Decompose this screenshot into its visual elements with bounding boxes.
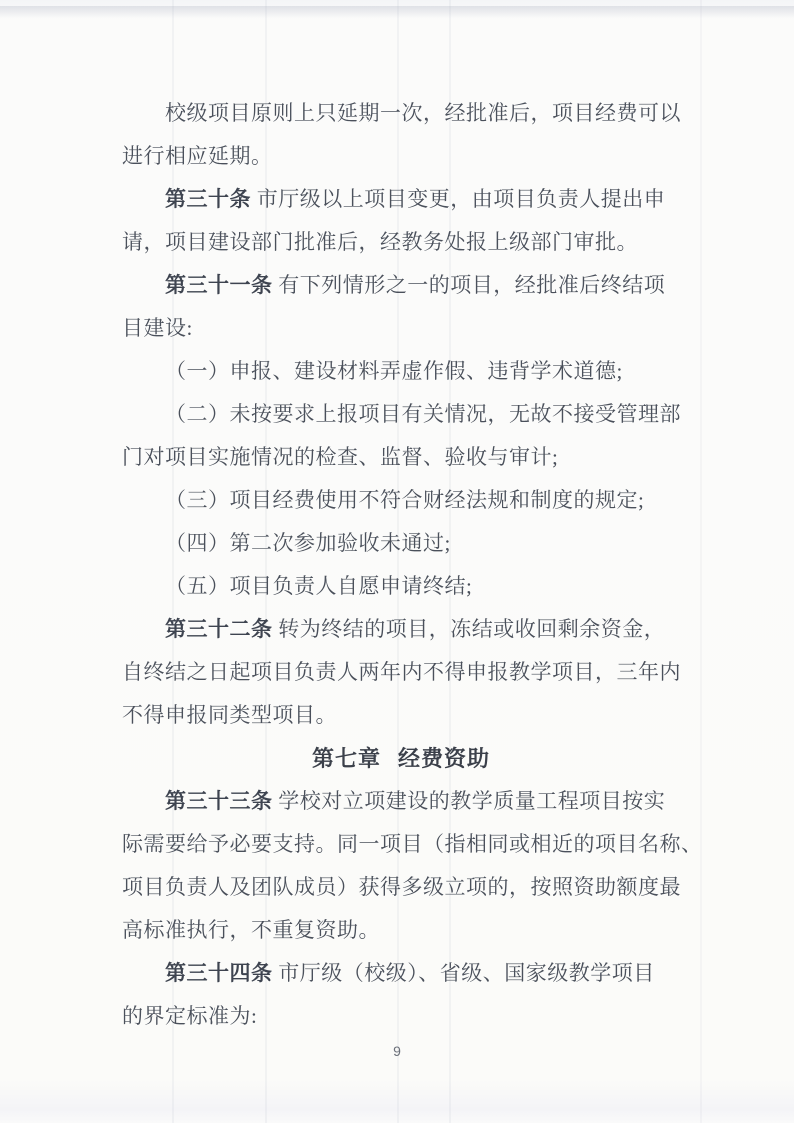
document-line: 目建设: xyxy=(122,307,680,350)
line-text: 自终结之日起项目负责人两年内不得申报教学项目，三年内 xyxy=(122,660,681,684)
line-text: 转为终结的项目，冻结或收回剩余资金， xyxy=(273,617,666,641)
line-text: （五）项目负责人自愿申请终结; xyxy=(165,574,472,598)
document-line: 请，项目建设部门批准后，经教务处报上级部门审批。 xyxy=(122,221,680,264)
line-text: 高标准执行，不重复资助。 xyxy=(122,918,380,942)
article-number: 第三十一条 xyxy=(165,273,273,297)
line-text: （三）项目经费使用不符合财经法规和制度的规定; xyxy=(165,488,644,512)
line-text: 不得申报同类型项目。 xyxy=(122,703,337,727)
document-line: 的界定标准为: xyxy=(122,995,680,1038)
line-text: （四）第二次参加验收未通过; xyxy=(165,531,451,555)
line-text: 目建设: xyxy=(122,316,193,340)
document-line: 际需要给予必要支持。同一项目（指相同或相近的项目名称、 xyxy=(122,823,680,866)
scanned-document-page: 校级项目原则上只延期一次，经批准后，项目经费可以进行相应延期。第三十条 市厅级以… xyxy=(0,0,794,1123)
document-line: 高标准执行，不重复资助。 xyxy=(122,909,680,952)
article-number: 第三十二条 xyxy=(165,617,273,641)
document-line: 门对项目实施情况的检查、监督、验收与审计; xyxy=(122,436,680,479)
document-line: 校级项目原则上只延期一次，经批准后，项目经费可以 xyxy=(122,92,680,135)
article-number: 第三十四条 xyxy=(165,961,273,985)
line-text: 项目负责人及团队成员）获得多级立项的，按照资助额度最 xyxy=(122,875,681,899)
line-text: 市厅级以上项目变更，由项目负责人提出申 xyxy=(251,187,665,211)
line-text: 际需要给予必要支持。同一项目（指相同或相近的项目名称、 xyxy=(122,832,703,856)
line-text: 门对项目实施情况的检查、监督、验收与审计; xyxy=(122,445,558,469)
document-line: （二）未按要求上报项目有关情况，无故不接受管理部 xyxy=(122,393,680,436)
line-text: （二）未按要求上报项目有关情况，无故不接受管理部 xyxy=(165,402,681,426)
scan-artifact-vline xyxy=(700,0,702,1123)
line-text: （一）申报、建设材料弄虚作假、违背学术道德; xyxy=(165,359,623,383)
document-line: （一）申报、建设材料弄虚作假、违背学术道德; xyxy=(122,350,680,393)
document-line: 第三十三条 学校对立项建设的教学质量工程项目按实 xyxy=(122,780,680,823)
article-number: 第三十三条 xyxy=(165,789,273,813)
page-footer: 9 xyxy=(0,1043,794,1061)
page-number: 9 xyxy=(393,1043,401,1059)
line-text: 学校对立项建设的教学质量工程项目按实 xyxy=(273,789,666,813)
chapter-title-text: 第七章 经费资助 xyxy=(312,746,490,771)
document-line: 第三十四条 市厅级（校级）、省级、国家级教学项目 xyxy=(122,952,680,995)
line-text: 进行相应延期。 xyxy=(122,144,273,168)
document-body: 校级项目原则上只延期一次，经批准后，项目经费可以进行相应延期。第三十条 市厅级以… xyxy=(122,92,680,1038)
document-line: 项目负责人及团队成员）获得多级立项的，按照资助额度最 xyxy=(122,866,680,909)
document-line: （三）项目经费使用不符合财经法规和制度的规定; xyxy=(122,479,680,522)
document-line: 第三十一条 有下列情形之一的项目，经批准后终结项 xyxy=(122,264,680,307)
document-line: 第三十二条 转为终结的项目，冻结或收回剩余资金， xyxy=(122,608,680,651)
line-text: 请，项目建设部门批准后，经教务处报上级部门审批。 xyxy=(122,230,638,254)
line-text: 的界定标准为: xyxy=(122,1004,257,1028)
article-number: 第三十条 xyxy=(165,187,251,211)
line-text: 校级项目原则上只延期一次，经批准后，项目经费可以 xyxy=(165,101,681,125)
document-line: 不得申报同类型项目。 xyxy=(122,694,680,737)
document-line: （四）第二次参加验收未通过; xyxy=(122,522,680,565)
scan-artifact-top-band xyxy=(0,6,794,18)
document-line: 进行相应延期。 xyxy=(122,135,680,178)
line-text: 市厅级（校级）、省级、国家级教学项目 xyxy=(273,961,655,985)
document-line: （五）项目负责人自愿申请终结; xyxy=(122,565,680,608)
document-line: 第三十条 市厅级以上项目变更，由项目负责人提出申 xyxy=(122,178,680,221)
line-text: 有下列情形之一的项目，经批准后终结项 xyxy=(273,273,666,297)
document-line: 自终结之日起项目负责人两年内不得申报教学项目，三年内 xyxy=(122,651,680,694)
chapter-heading: 第七章 经费资助 xyxy=(122,737,680,780)
